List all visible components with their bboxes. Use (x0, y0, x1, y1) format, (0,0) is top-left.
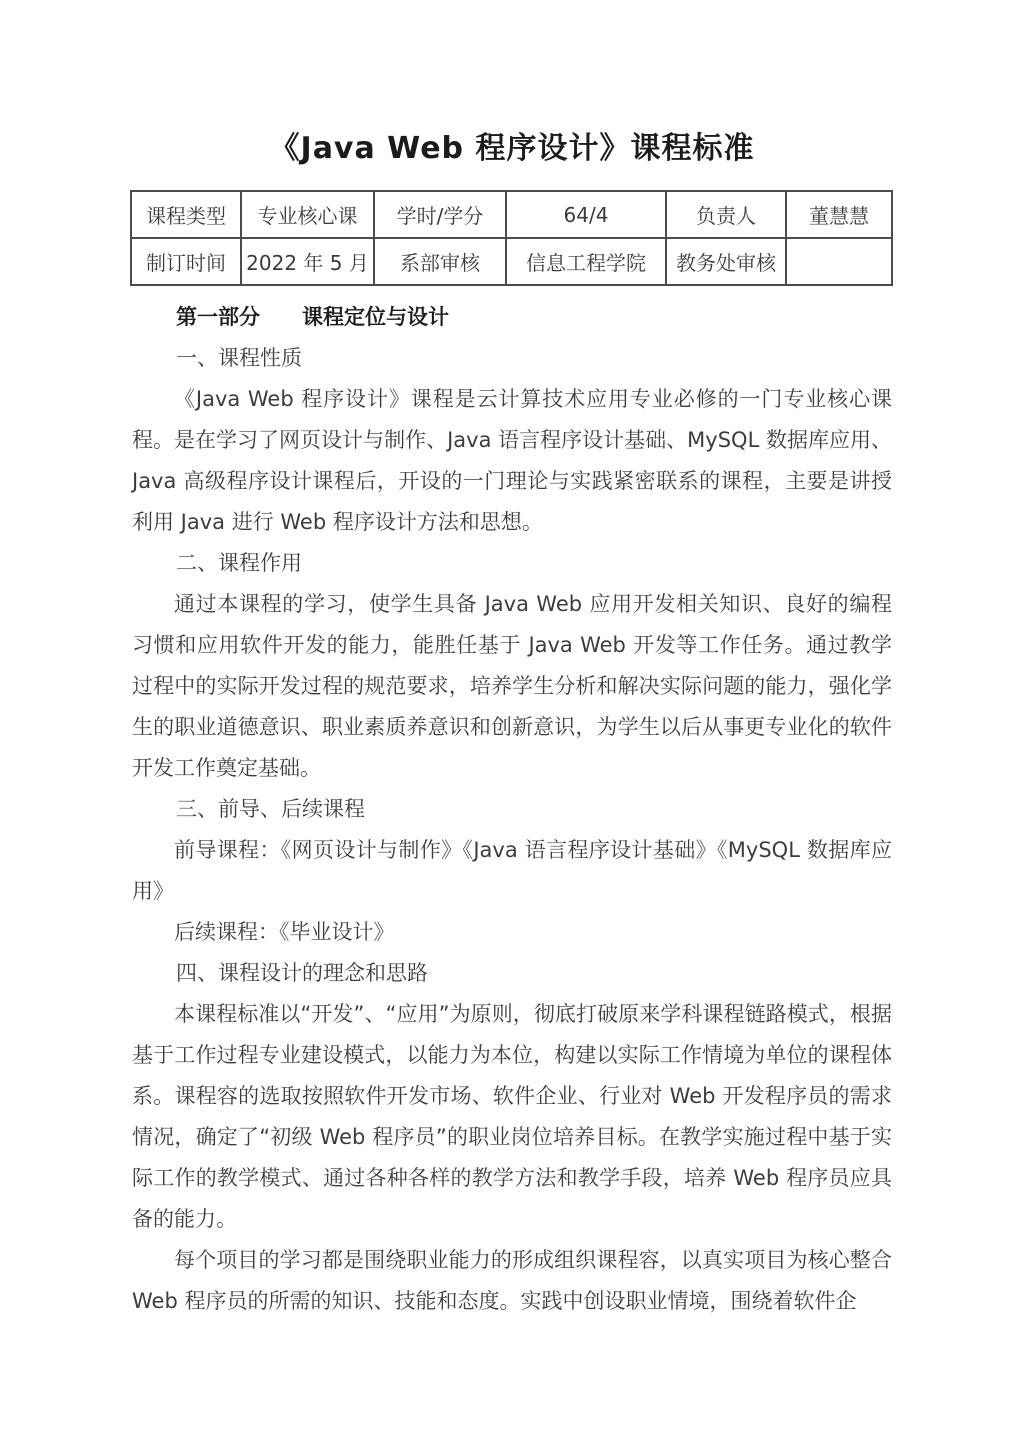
cell-course-type-label: 课程类型 (131, 191, 241, 238)
section-1-paragraph: 《Java Web 程序设计》课程是云计算技术应用专业必修的一门专业核心课程。是… (132, 379, 892, 543)
section-3-paragraph-follow-up: 后续课程：《毕业设计》 (132, 912, 892, 953)
section-1-heading-course-nature: 一、课程性质 (132, 338, 892, 379)
table-row-course-type: 课程类型 专业核心课 学时/学分 64/4 负责人 董慧慧 (131, 191, 892, 238)
document-page: 《Java Web 程序设计》课程标准 课程类型 专业核心课 学时/学分 64/… (0, 0, 1024, 1448)
course-info-table: 课程类型 专业核心课 学时/学分 64/4 负责人 董慧慧 制订时间 2022 … (130, 190, 893, 286)
part1-heading: 第一部分 课程定位与设计 (132, 297, 892, 338)
section-4-paragraph-2: 每个项目的学习都是围绕职业能力的形成组织课程容，以真实项目为核心整合 Web 程… (132, 1240, 892, 1322)
cell-formulation-date-value: 2022 年 5 月 (241, 238, 374, 285)
section-3-heading-prerequisite-courses: 三、前导、后续课程 (132, 789, 892, 830)
cell-dept-review-label: 系部审核 (374, 238, 506, 285)
cell-person-in-charge-value: 董慧慧 (786, 191, 892, 238)
section-2-paragraph: 通过本课程的学习，使学生具备 Java Web 应用开发相关知识、良好的编程习惯… (132, 584, 892, 789)
cell-hours-credits-value: 64/4 (506, 191, 666, 238)
document-body: 第一部分 课程定位与设计 一、课程性质 《Java Web 程序设计》课程是云计… (132, 297, 892, 1322)
cell-person-in-charge-label: 负责人 (666, 191, 786, 238)
cell-hours-credits-label: 学时/学分 (374, 191, 506, 238)
section-4-paragraph-1: 本课程标准以“开发”、“应用”为原则，彻底打破原来学科课程链路模式，根据基于工作… (132, 994, 892, 1240)
section-2-heading-course-role: 二、课程作用 (132, 543, 892, 584)
cell-academic-office-review-value (786, 238, 892, 285)
section-3-paragraph-prerequisites: 前导课程：《网页设计与制作》《Java 语言程序设计基础》《MySQL 数据库应… (132, 830, 892, 912)
cell-course-type-value: 专业核心课 (241, 191, 374, 238)
table-row-formulation: 制订时间 2022 年 5 月 系部审核 信息工程学院 教务处审核 (131, 238, 892, 285)
section-4-heading-design-concept: 四、课程设计的理念和思路 (132, 953, 892, 994)
cell-dept-review-value: 信息工程学院 (506, 238, 666, 285)
document-title: 《Java Web 程序设计》课程标准 (0, 0, 1024, 167)
cell-formulation-date-label: 制订时间 (131, 238, 241, 285)
cell-academic-office-review-label: 教务处审核 (666, 238, 786, 285)
